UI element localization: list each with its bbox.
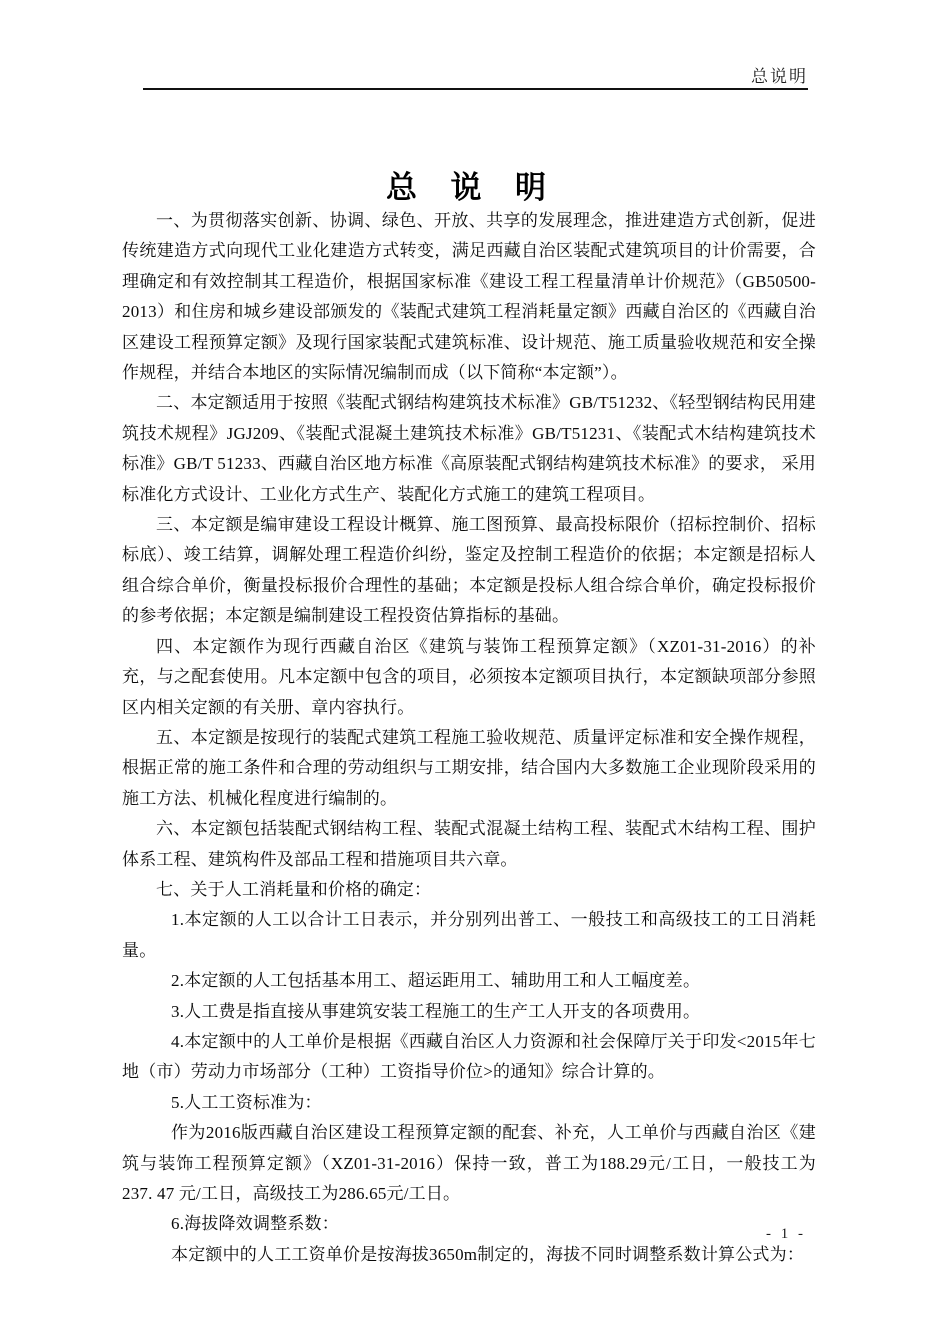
paragraph-2: 二、本定额适用于按照《装配式钢结构建筑技术标准》GB/T51232、《轻型钢结构… (122, 388, 816, 510)
document-body: 一、为贯彻落实创新、协调、绿色、开放、共享的发展理念，推进建造方式创新，促进传统… (122, 206, 816, 1270)
page-title: 总 说 明 (122, 162, 816, 207)
paragraph-7-1: 1.本定额的人工以合计工日表示，并分别列出普工、一般技工和高级技工的工日消耗量。 (122, 905, 816, 966)
running-header-title: 总说明 (0, 62, 808, 87)
paragraph-3: 三、本定额是编审建设工程设计概算、施工图预算、最高投标限价（招标控制价、招标标底… (122, 510, 816, 632)
paragraph-7-6a: 本定额中的人工工资单价是按海拔3650m制定的，海拔不同时调整系数计算公式为： (122, 1240, 816, 1270)
paragraph-1: 一、为贯彻落实创新、协调、绿色、开放、共享的发展理念，推进建造方式创新，促进传统… (122, 206, 816, 388)
document-page: 总说明 总 说 明 一、为贯彻落实创新、协调、绿色、开放、共享的发展理念，推进建… (0, 0, 950, 1344)
paragraph-7-4: 4.本定额中的人工单价是根据《西藏自治区人力资源和社会保障厅关于印发<2015年… (122, 1027, 816, 1088)
paragraph-7-5a: 作为2016版西藏自治区建设工程预算定额的配套、补充，人工单价与西藏自治区《建筑… (122, 1118, 816, 1209)
paragraph-4: 四、本定额作为现行西藏自治区《建筑与装饰工程预算定额》（XZ01-31-2016… (122, 632, 816, 723)
paragraph-7-3: 3.人工费是指直接从事建筑安装工程施工的生产工人开支的各项费用。 (122, 997, 816, 1027)
paragraph-5: 五、本定额是按现行的装配式建筑工程施工验收规范、质量评定标准和安全操作规程，根据… (122, 723, 816, 814)
paragraph-6: 六、本定额包括装配式钢结构工程、装配式混凝土结构工程、装配式木结构工程、围护体系… (122, 814, 816, 875)
paragraph-7-2: 2.本定额的人工包括基本用工、超运距用工、辅助用工和人工幅度差。 (122, 966, 816, 996)
paragraph-7-5: 5.人工工资标准为： (122, 1088, 816, 1118)
header-rule (143, 88, 808, 90)
page-number: - 1 - (0, 1226, 806, 1243)
paragraph-7: 七、关于人工消耗量和价格的确定： (122, 875, 816, 905)
